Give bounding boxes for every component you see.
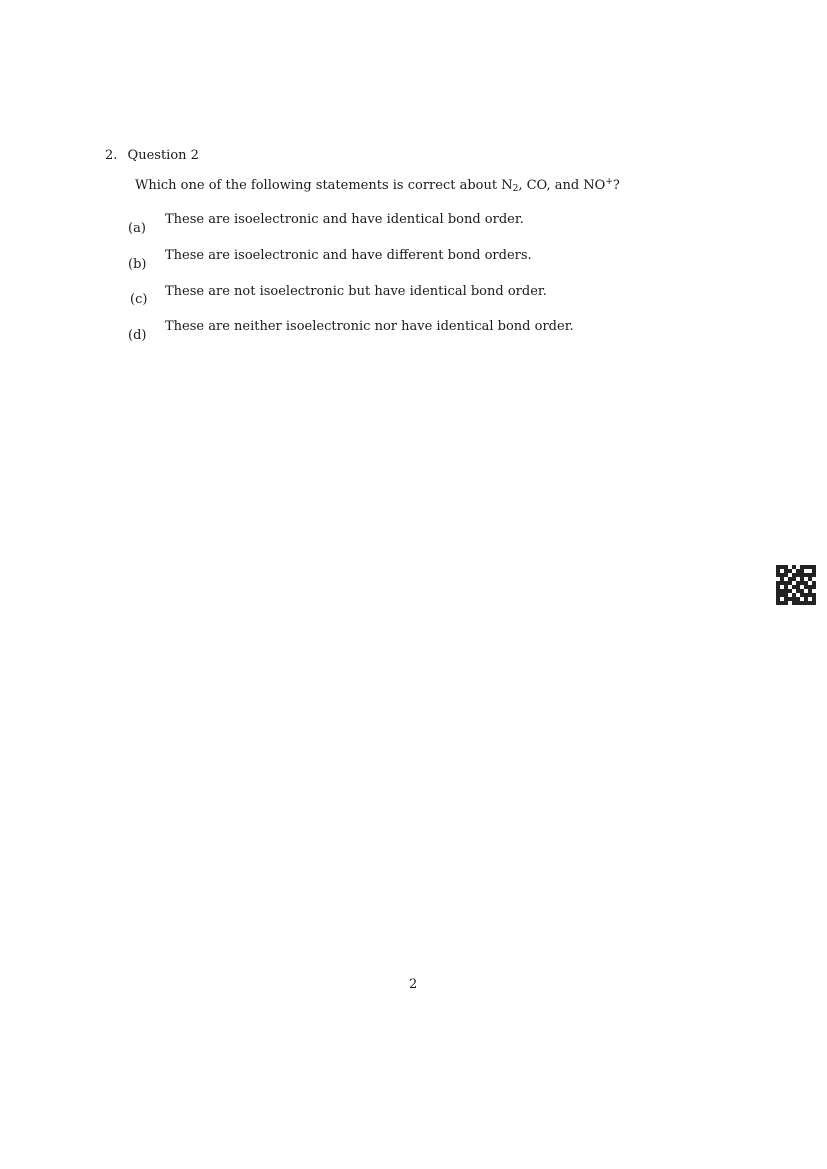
qr-code-icon: [776, 565, 816, 605]
question-stem: Which one of the following statements is…: [135, 177, 620, 194]
option-c-text: These are not isoelectronic but have ide…: [165, 284, 547, 299]
option-a-text: These are isoelectronic and have identic…: [165, 212, 524, 227]
page-number: 2: [409, 977, 417, 992]
question-header: 2. Question 2: [105, 148, 199, 163]
stem-text: Which one of the following statements is…: [135, 178, 513, 193]
option-a-label: (a): [128, 221, 146, 236]
stem-superscript: +: [605, 177, 613, 187]
stem-text-suffix: ?: [613, 178, 620, 193]
stem-text-mid: , CO, and NO: [518, 178, 605, 193]
option-d-label: (d): [128, 328, 146, 343]
option-c-label: (c): [130, 292, 147, 307]
option-b-text: These are isoelectronic and have differe…: [165, 248, 532, 263]
option-d-text: These are neither isoelectronic nor have…: [165, 319, 574, 334]
question-number: 2.: [105, 148, 117, 163]
option-b-label: (b): [128, 257, 146, 272]
question-title: Question 2: [128, 148, 199, 163]
